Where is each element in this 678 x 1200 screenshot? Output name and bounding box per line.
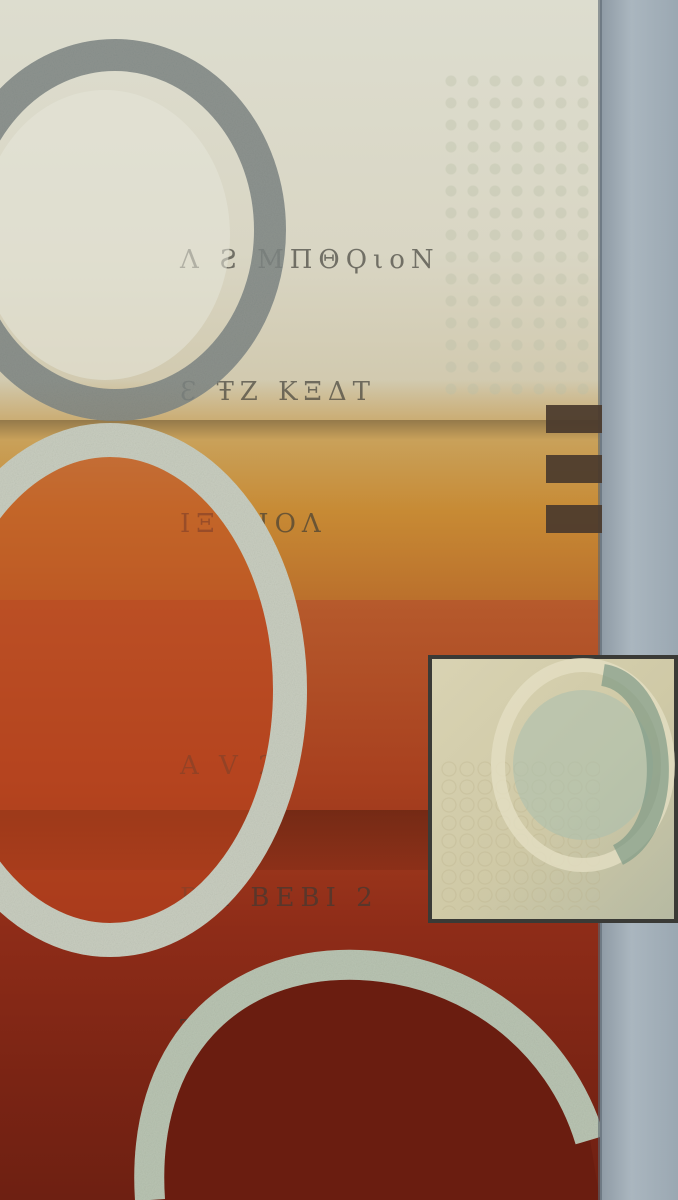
- dark-bar: [546, 505, 602, 533]
- strip-edge: [598, 0, 602, 1200]
- panel-circle: [428, 655, 678, 923]
- dark-bar: [546, 405, 602, 433]
- dark-bar: [546, 455, 602, 483]
- blue-vertical-strip: [600, 0, 678, 1200]
- circle-shapes: [0, 0, 678, 1200]
- artwork-canvas: Λ Ƨ ΜΠΘϘιοΝ Ɛ ŦΖ ΚΞΔΤ ΙΞ ΡΙΟΛ Α V 2 ΡΜ Β…: [0, 0, 678, 1200]
